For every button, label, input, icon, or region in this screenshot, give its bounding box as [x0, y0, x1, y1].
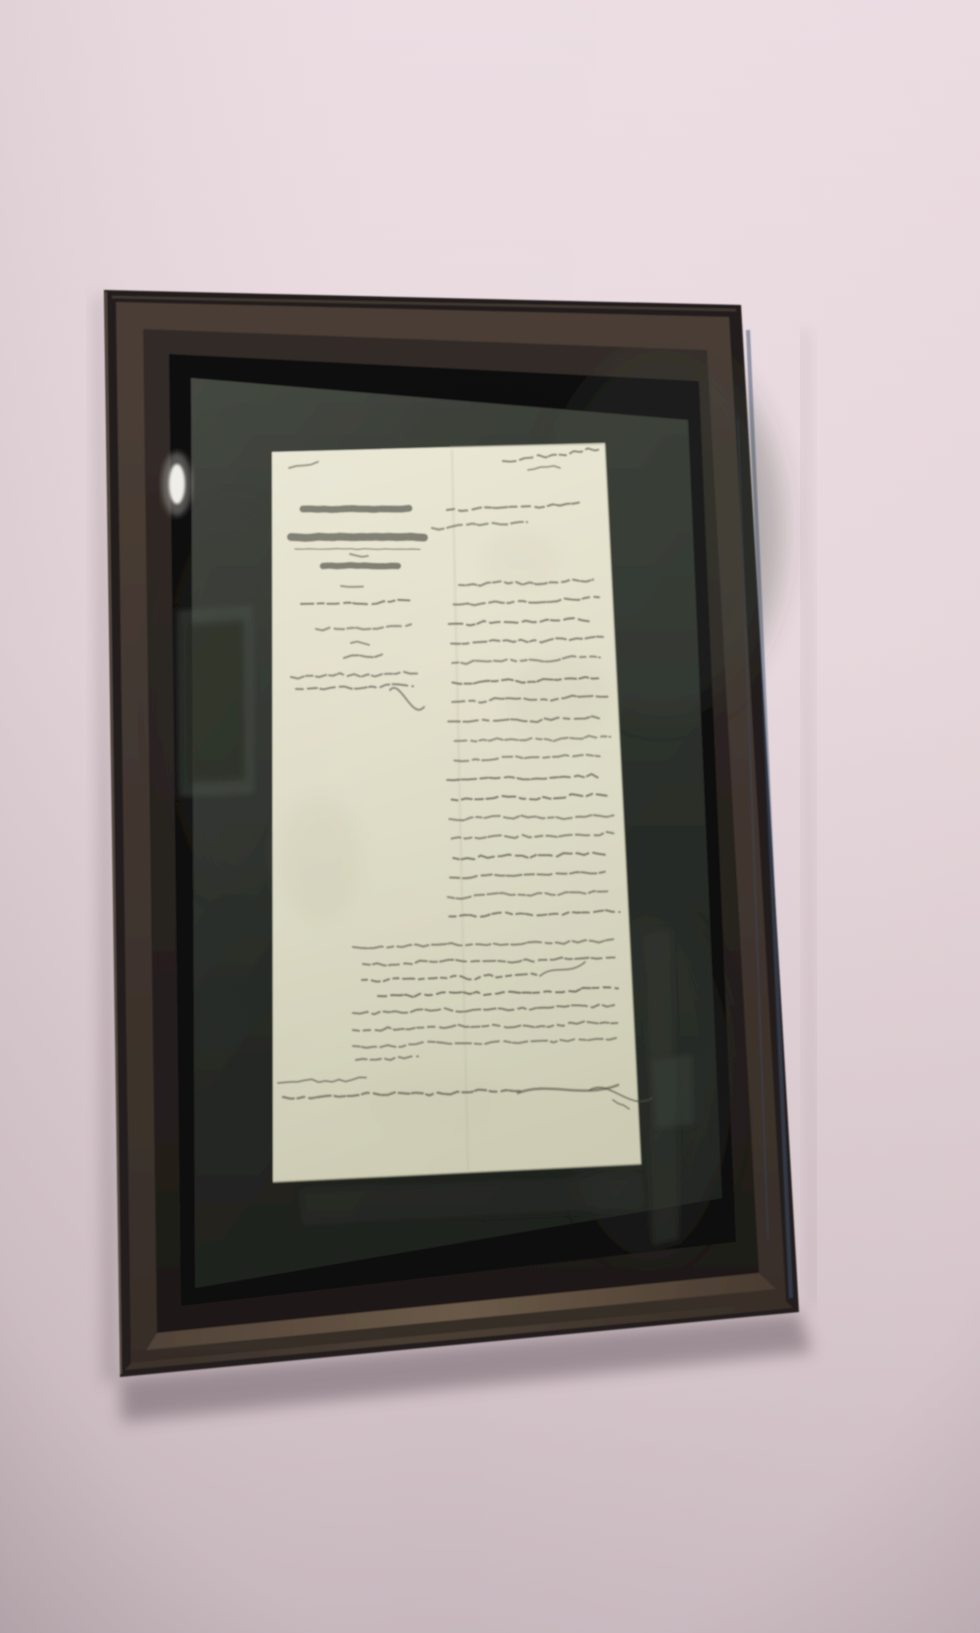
photo-framed-document [0, 0, 980, 1633]
photo-vignette [0, 0, 980, 1633]
